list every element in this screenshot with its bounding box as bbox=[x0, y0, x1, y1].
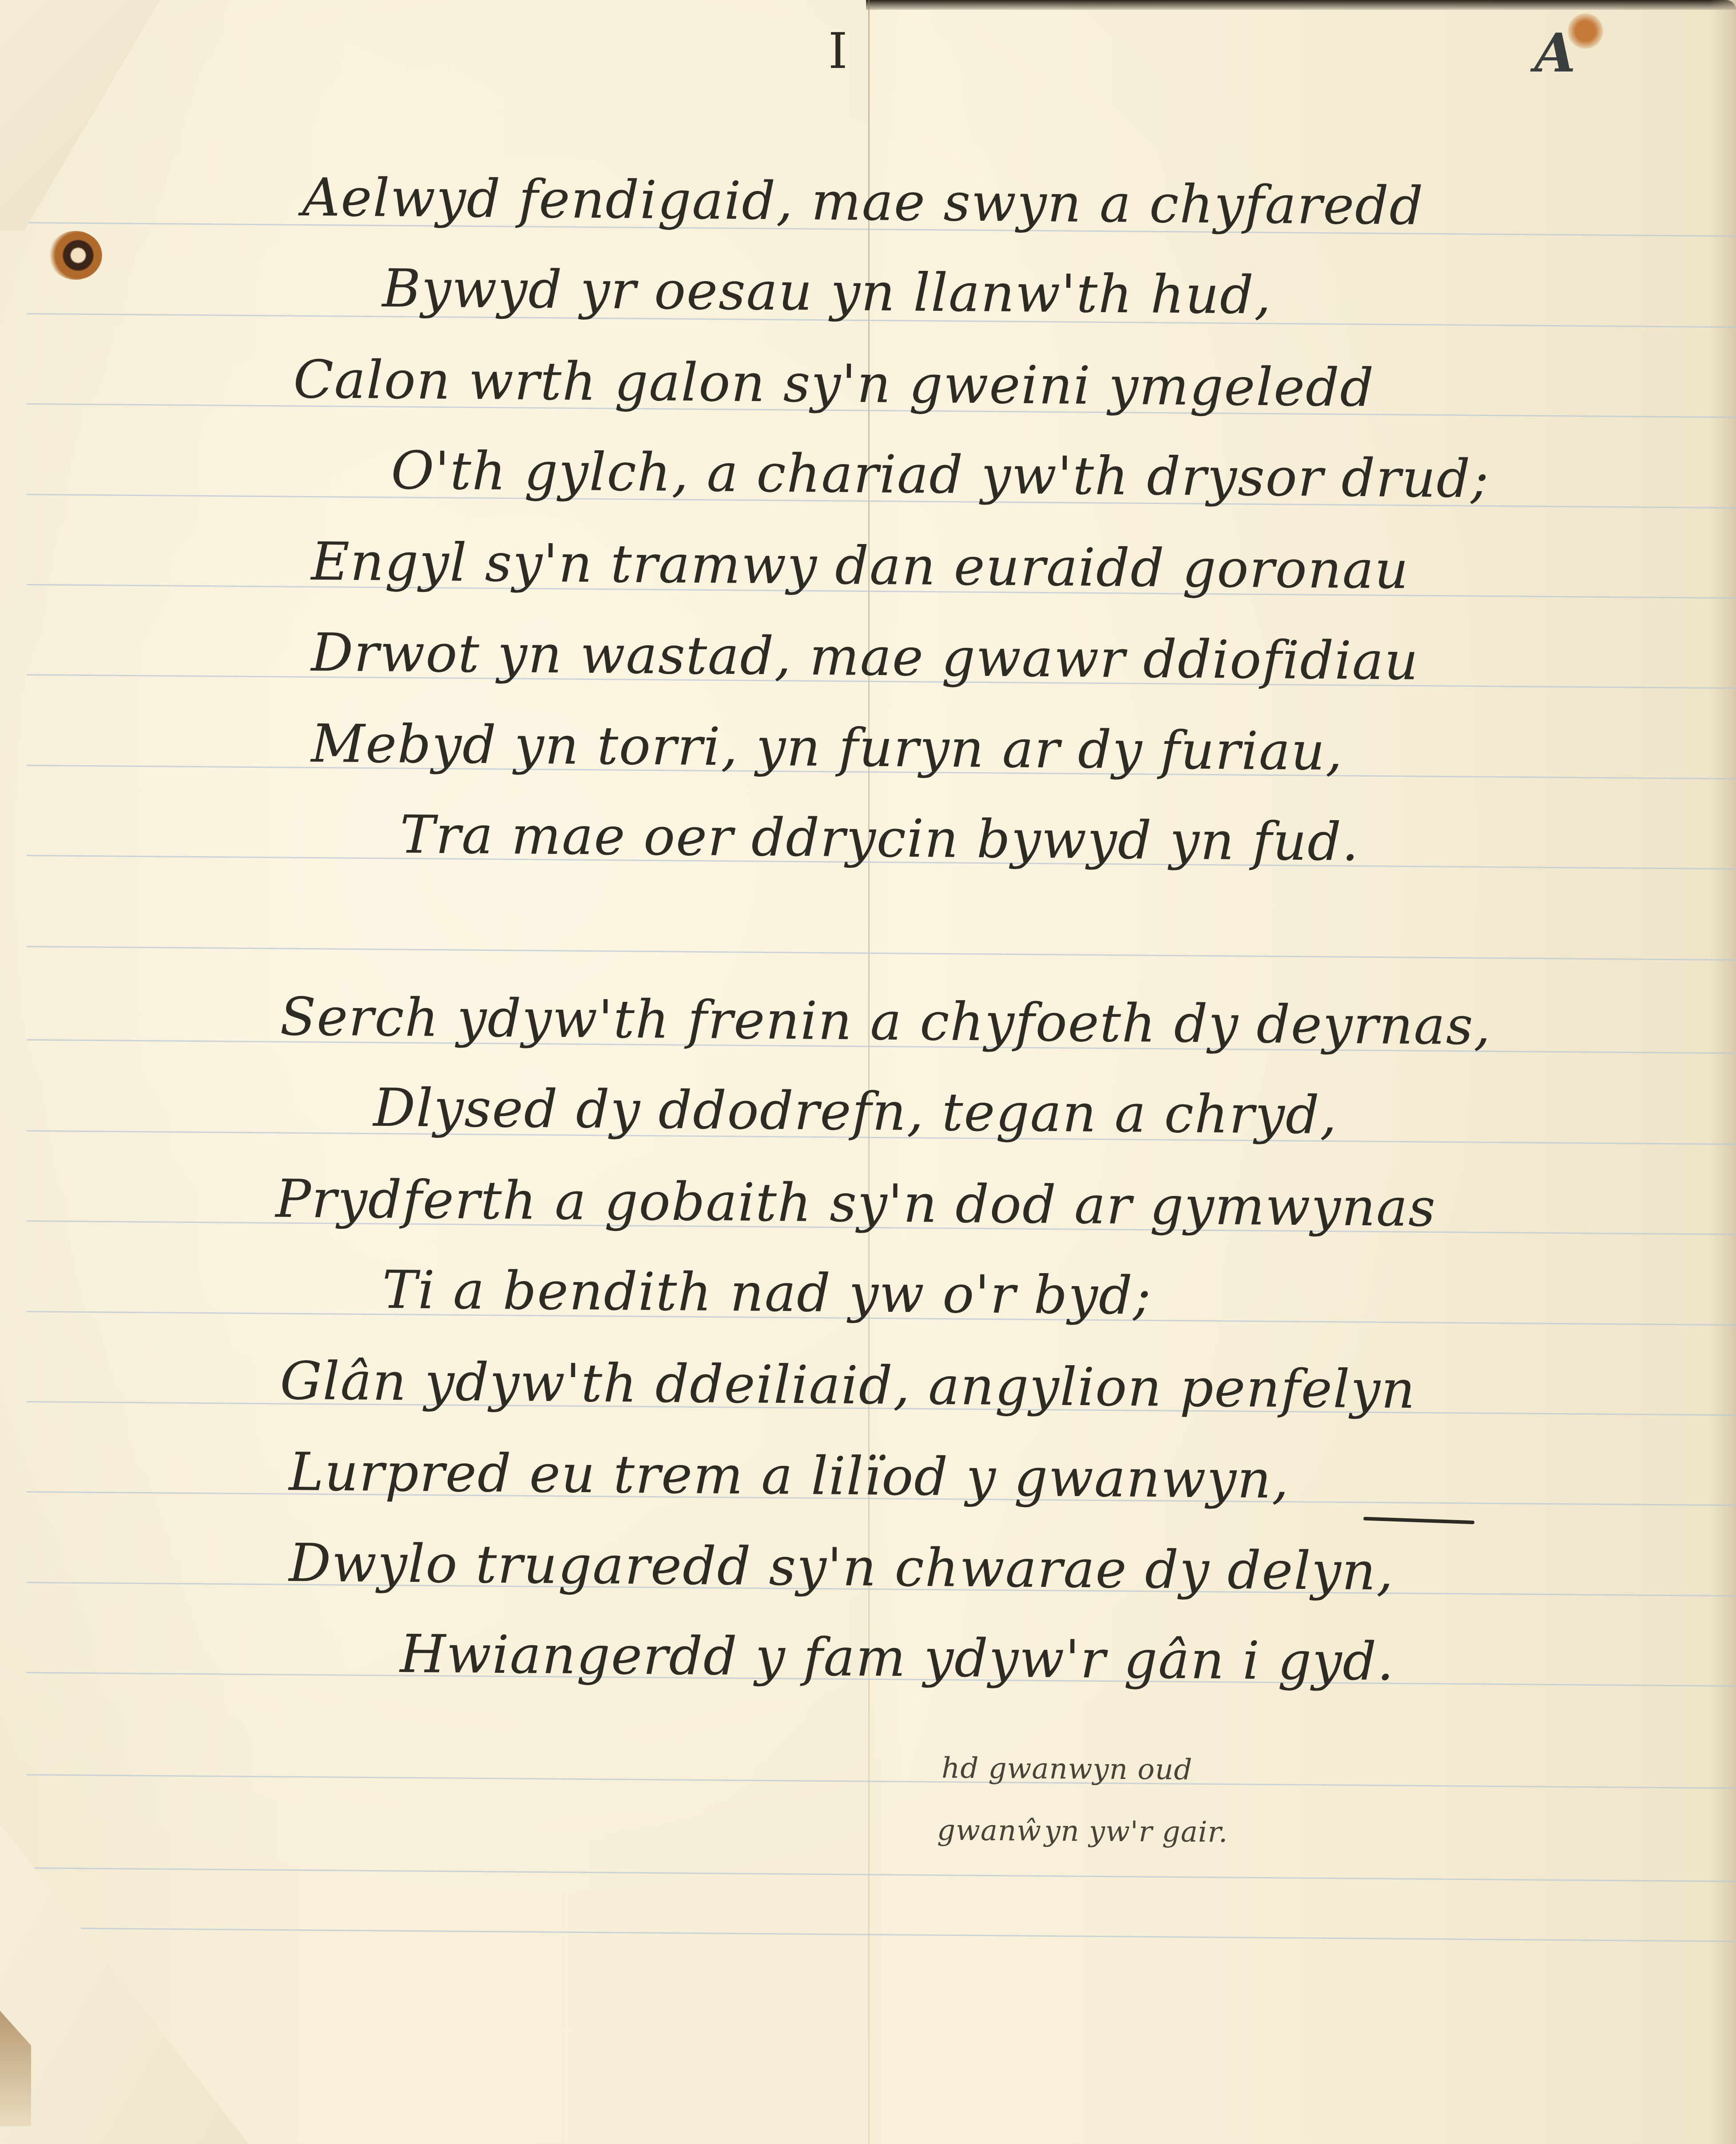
ruled-line bbox=[27, 1774, 1736, 1789]
stanza-2-line-7: Dwylo trugaredd sy'n chwarae dy delyn, bbox=[289, 1537, 1394, 1598]
stanza-2-line-5: Glân ydyw'th ddeiliaid, angylion penfely… bbox=[280, 1354, 1416, 1416]
ruled-line bbox=[27, 946, 1736, 961]
annotation-line-2: gwanŵyn yw'r gair. bbox=[937, 1816, 1228, 1847]
page-mark: A bbox=[1534, 27, 1577, 80]
stanza-1-line-1: Aelwyd fendigaid, mae swyn a chyfaredd bbox=[302, 171, 1424, 232]
word-underline bbox=[1363, 1517, 1474, 1525]
stanza-2-line-2: Dlysed dy ddodrefn, tegan a chryd, bbox=[373, 1081, 1338, 1141]
folded-bottom-left-corner bbox=[0, 1824, 249, 2144]
stanza-1-line-8: Tra mae oer ddrycin bywyd yn fud. bbox=[400, 808, 1359, 868]
stanza-2-line-4: Ti a bendith nad yw o'r byd; bbox=[382, 1263, 1152, 1322]
page-top-edge bbox=[866, 0, 1736, 10]
stanza-2-line-8: Hwiangerdd y fam ydyw'r gân i gyd. bbox=[400, 1628, 1395, 1688]
stanza-1-line-5: Engyl sy'n tramwy dan euraidd goronau bbox=[311, 535, 1410, 596]
stanza-2-line-6: Lurpred eu trem a lilïod y gwanwyn, bbox=[289, 1445, 1290, 1506]
stanza-1-line-2: Bywyd yr oesau yn llanw'th hud, bbox=[382, 262, 1272, 322]
stanza-1-line-7: Mebyd yn torri, yn furyn ar dy furiau, bbox=[311, 717, 1343, 778]
stanza-1-line-6: Drwot yn wastad, mae gwawr ddiofidiau bbox=[311, 626, 1419, 687]
stanza-1-line-3: Calon wrth galon sy'n gweini ymgeledd bbox=[293, 353, 1374, 414]
stanza-1-line-4: O'th gylch, a chariad yw'th drysor drud; bbox=[391, 444, 1490, 505]
ruled-line bbox=[27, 1927, 1736, 1942]
stanza-2-line-3: Prydferth a gobaith sy'n dod ar gymwynas bbox=[275, 1172, 1436, 1234]
folded-top-left-corner bbox=[0, 0, 160, 231]
poem-section-number: I bbox=[828, 27, 848, 75]
annotation-line-1: hd gwanwyn oud bbox=[941, 1754, 1192, 1784]
manuscript-page: I A Aelwyd fendigaid, mae swyn a chyfare… bbox=[0, 0, 1736, 2144]
page-right-edge-shadow bbox=[1709, 0, 1736, 2144]
binder-hole bbox=[49, 231, 102, 280]
ruled-line bbox=[27, 1867, 1736, 1882]
stanza-2-line-1: Serch ydyw'th frenin a chyfoeth dy deyrn… bbox=[280, 990, 1492, 1052]
